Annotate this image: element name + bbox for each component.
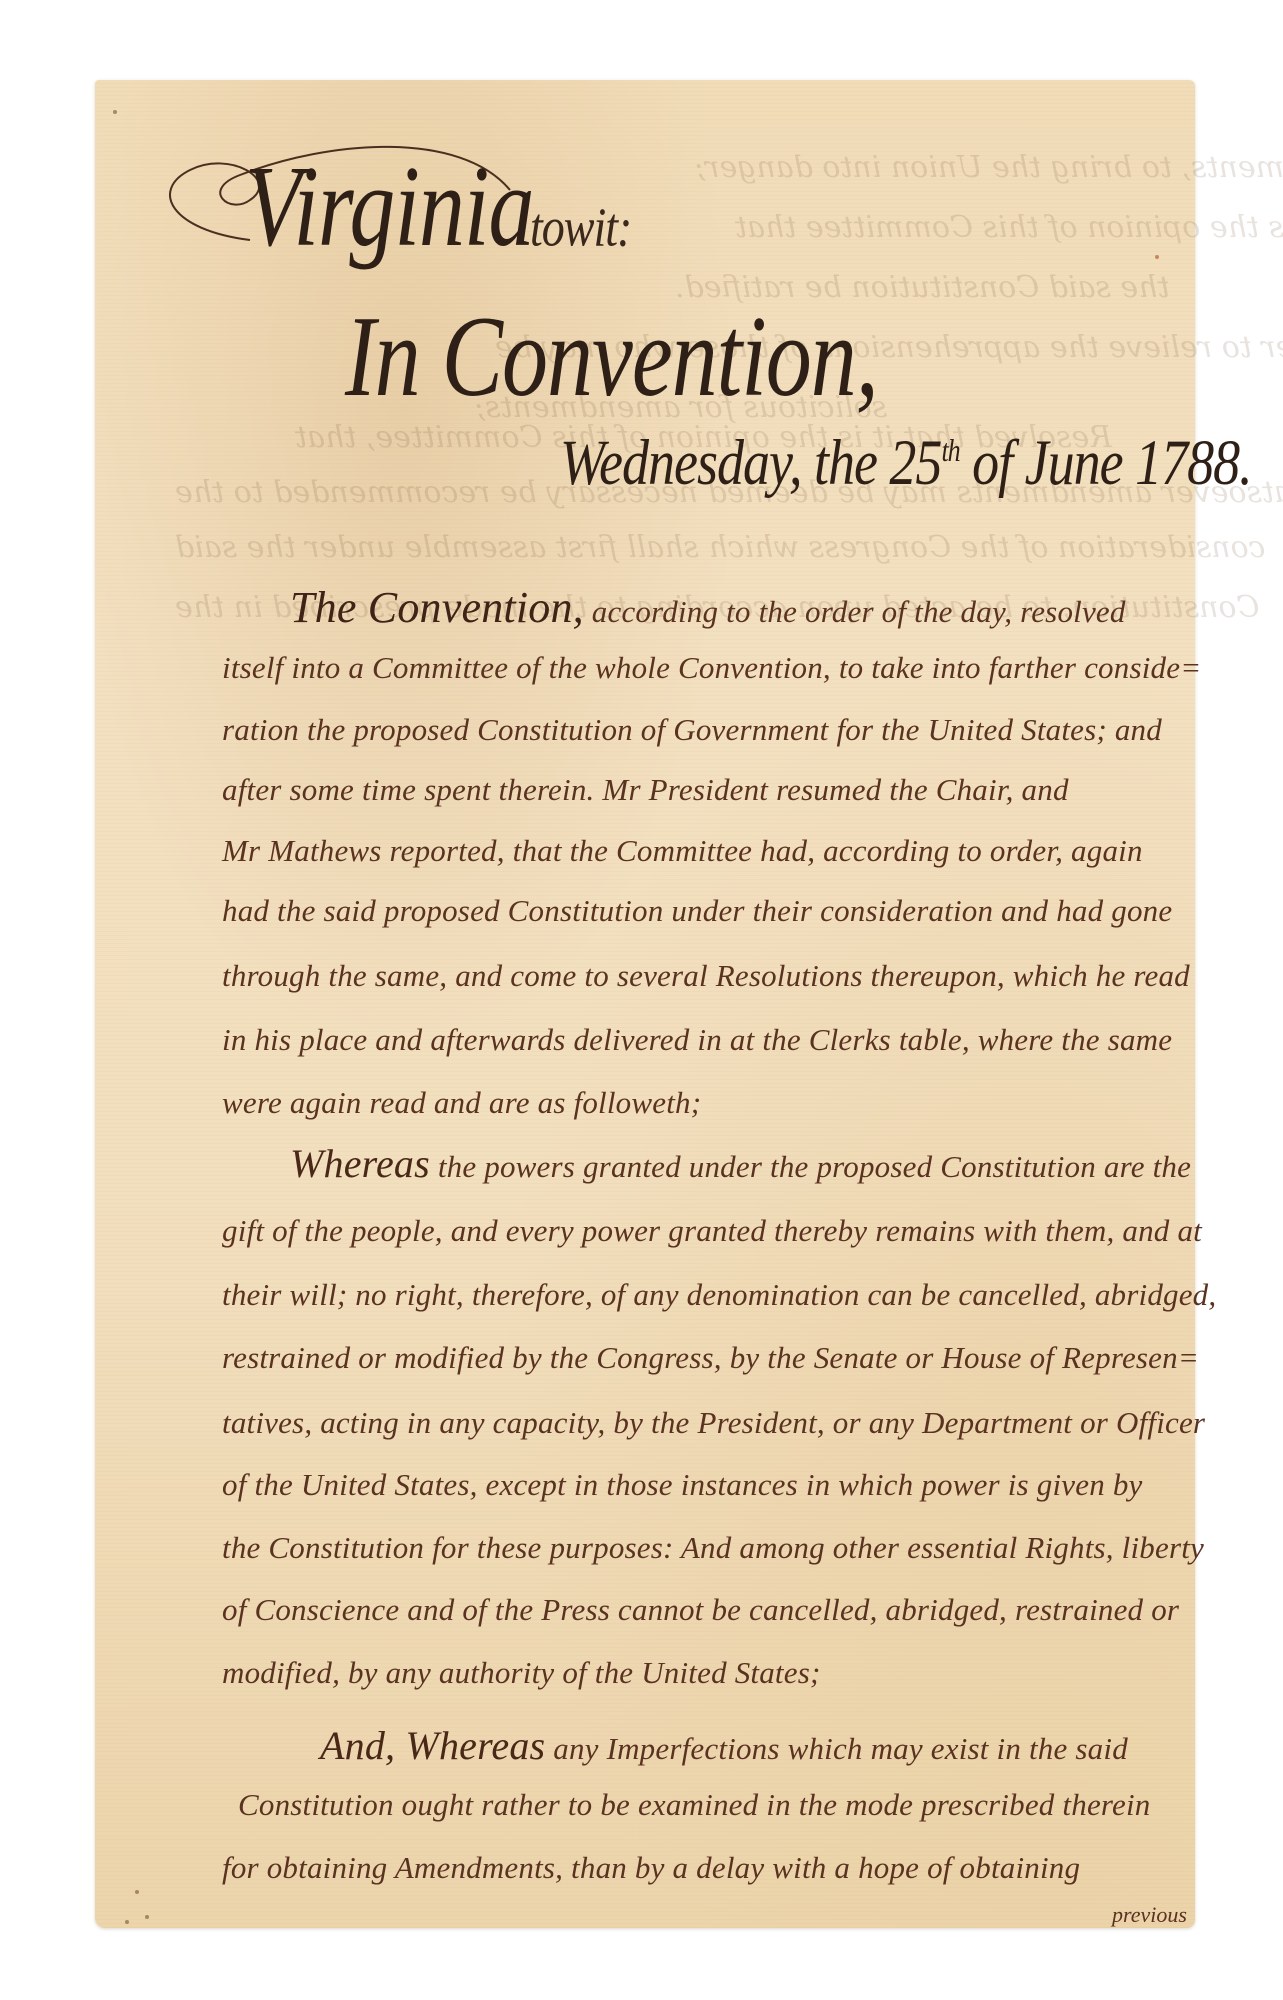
body-line: their will; no right, therefore, of any …	[222, 1277, 1216, 1313]
body-line: had the said proposed Constitution under…	[222, 893, 1172, 929]
body-line: The Convention, according to the order o…	[290, 582, 1126, 633]
paragraph-lead: Whereas	[290, 1141, 430, 1186]
body-line: modified, by any authority of the United…	[222, 1655, 821, 1691]
body-line: through the same, and come to several Re…	[222, 958, 1190, 994]
body-line: the Constitution for these purposes: And…	[222, 1530, 1204, 1566]
body-line: restrained or modified by the Congress, …	[222, 1340, 1199, 1376]
body-line: Constitution ought rather to be examined…	[238, 1787, 1151, 1823]
paper-speck	[135, 1890, 139, 1894]
date-ordinal: th	[941, 433, 959, 468]
body-line: were again read and are as followeth;	[222, 1085, 701, 1121]
paper-speck	[113, 110, 117, 114]
body-line: And, Whereas any Imperfections which may…	[320, 1722, 1128, 1769]
body-line: for obtaining Amendments, than by a dela…	[222, 1850, 1080, 1886]
body-line: Whereas the powers granted under the pro…	[290, 1140, 1191, 1187]
paper-speck	[125, 1920, 129, 1924]
paper-speck	[145, 1915, 149, 1919]
body-line: in his place and afterwards delivered in…	[222, 1022, 1172, 1058]
body-line: of Conscience and of the Press cannot be…	[222, 1592, 1179, 1628]
heading-place: Virginia	[245, 140, 533, 273]
body-line: ration the proposed Constitution of Gove…	[222, 712, 1162, 748]
body-line: gift of the people, and every power gran…	[222, 1213, 1202, 1249]
date-prefix: Wednesday, the 25	[560, 426, 941, 498]
date-suffix: of June 1788.	[972, 426, 1251, 498]
body-line: after some time spent therein. Mr Presid…	[222, 772, 1069, 808]
bleed-through-line: previous Amendments, to bring the Union …	[695, 150, 1283, 185]
bleed-through-line: Resolved, that it is the opinion of this…	[735, 210, 1283, 245]
body-line: itself into a Committee of the whole Con…	[222, 650, 1201, 686]
paragraph-lead: And, Whereas	[320, 1723, 545, 1768]
heading-title: In Convention,	[345, 290, 878, 423]
bleed-through-line: consideration of the Congress which shal…	[175, 530, 1265, 565]
heading-date: Wednesday, the 25th of June 1788.	[560, 425, 1252, 499]
heading-place-suffix: towit:	[530, 195, 631, 259]
paragraph-lead: The Convention,	[290, 583, 584, 632]
catchword: previous	[1112, 1902, 1187, 1928]
body-line: tatives, acting in any capacity, by the …	[222, 1405, 1205, 1441]
body-line: of the United States, except in those in…	[222, 1467, 1143, 1503]
body-line: Mr Mathews reported, that the Committee …	[222, 833, 1143, 869]
paper-speck	[1155, 255, 1159, 259]
